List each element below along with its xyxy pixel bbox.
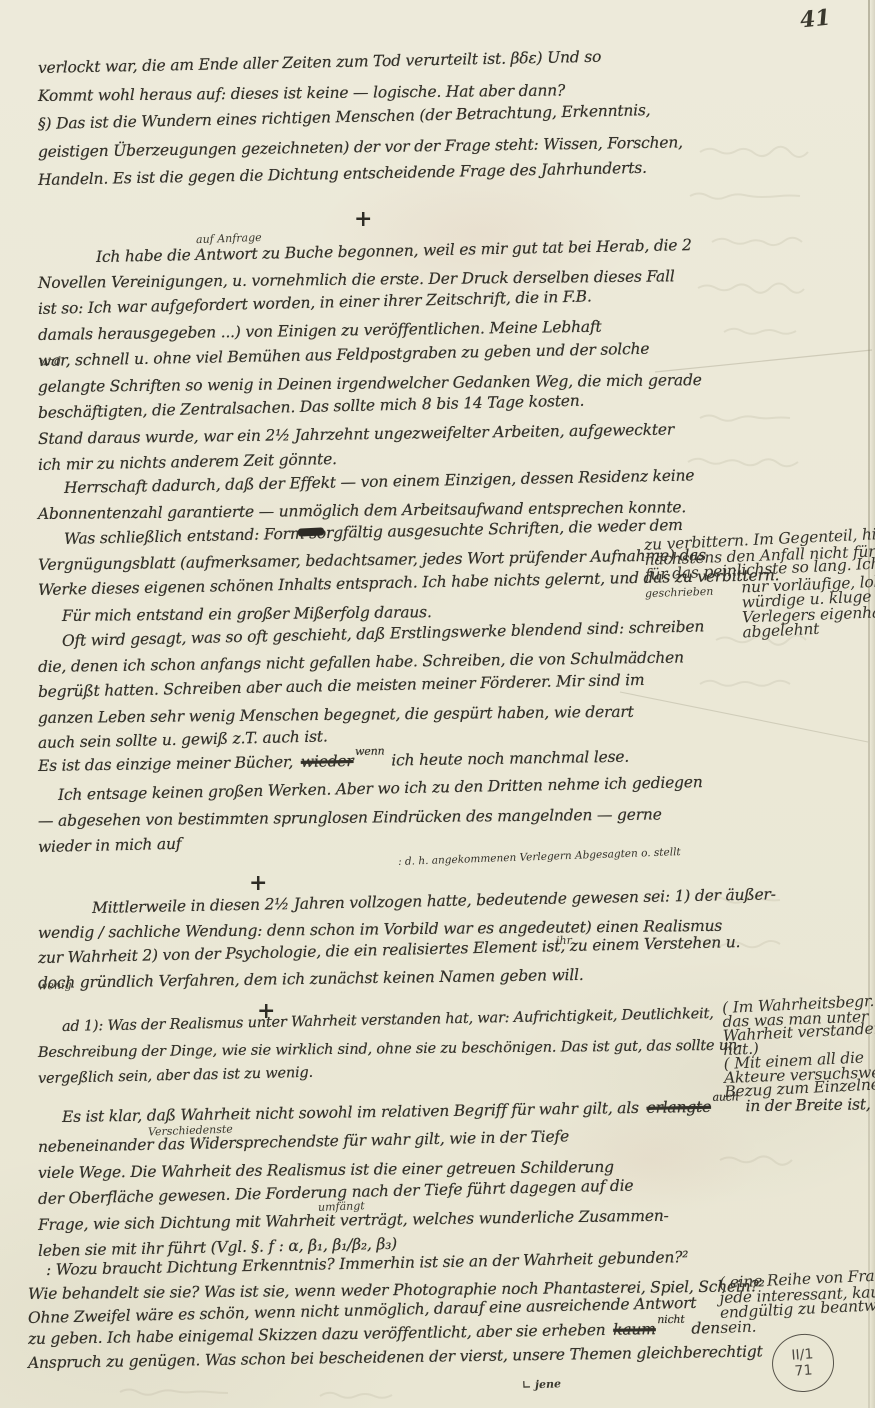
inserted-word: wenn [355,745,384,758]
interlinear-insertion-und: und [40,355,62,369]
line-before: Es ist klar, daß Wahrheit nicht sowohl i… [62,1099,639,1126]
archive-stamp-top: II/1 [791,1346,814,1364]
struck-word: wieder [301,752,354,771]
insertion-mark-jene: ∟ jene [522,1377,561,1391]
struck-word: erlangte [646,1098,711,1117]
archive-stamp-bottom: 71 [794,1362,813,1379]
line-before: Es ist das einzige meiner Bücher, [38,753,293,775]
interlinear-insertion-ihr: ihr [556,934,572,948]
margin-word-geschrieben: geschrieben [645,585,714,600]
line-after: ich heute noch manchmal lese. [391,748,629,770]
margin-note-2: ( Im Wahrheitsbegr.das was man unterWahr… [722,996,875,1099]
interlinear-insertion-umfaengt: umfängt [318,1199,365,1214]
paragraph-d: Mittlerweile in diesen 2½ Jahren vollzog… [38,896,776,996]
struck-word: kaum [613,1320,656,1339]
paper-edge [868,0,870,1408]
inserted-word: auch [712,1090,738,1103]
paragraph-e: ad 1): Was der Realismus unter Wahrheit … [38,1014,742,1092]
paragraph-b: Ich habe die Antwort zu Buche begonnen, … [38,244,702,478]
manuscript-page: 41 verlockt war, die am Ende aller Zeite… [0,0,875,1408]
interlinear-insertion-auf-anfrage: auf Anfrage [196,231,262,246]
ink-blot [298,527,324,536]
paragraph-a: verlockt war, die am Ende aller Zeiten z… [38,54,683,194]
interlinear-insertion-wenig: wenig [38,978,72,992]
manuscript-line: Anspruch zu genügen. Was schon bei besch… [28,1342,763,1372]
paper-edge-shading [870,0,875,1408]
line-after: in der Breite ist, da [745,1095,875,1115]
line-after: den [691,1319,720,1337]
margin-note-3: ( eine Reihe von Fragen,jede interessant… [719,1271,875,1336]
page-number: 41 [799,4,832,33]
line-with-correction: Es ist klar, daß Wahrheit nicht sowohl i… [62,1095,875,1126]
inserted-word: nicht [657,1313,684,1326]
section-separator: + [354,206,372,232]
archive-stamp: II/1 71 [770,1332,836,1394]
